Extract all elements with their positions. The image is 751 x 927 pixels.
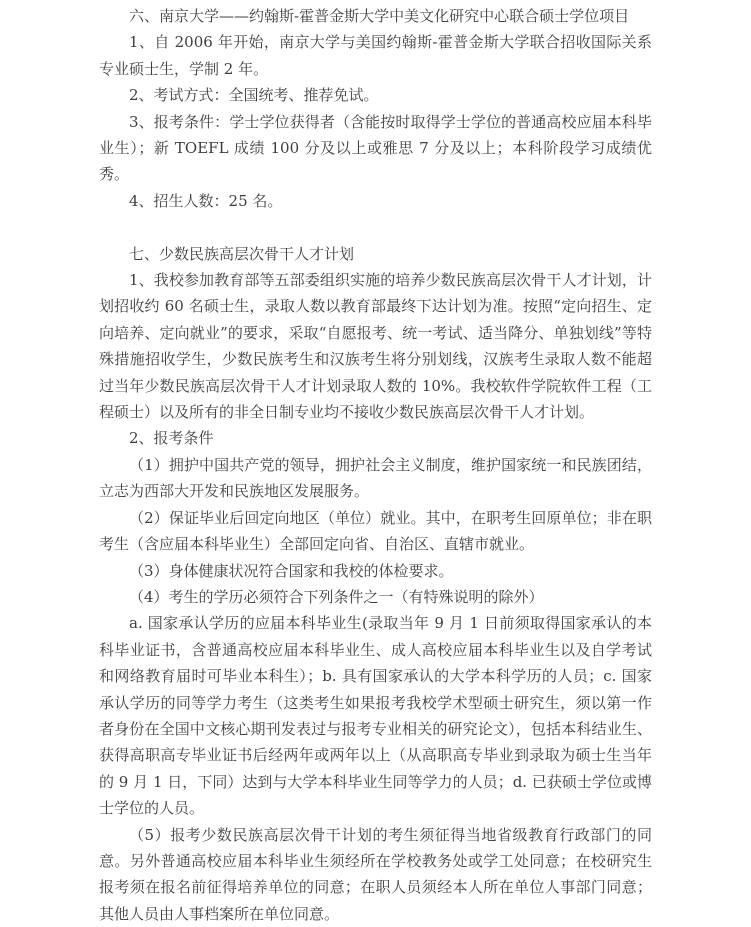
section-nanjing-jhu-program: 六、南京大学——约翰斯-霍普金斯大学中美文化研究中心联合硕士学位项目 1、自 2… [99, 3, 652, 214]
section-heading: 七、少数民族高层次骨干人才计划 [99, 241, 652, 267]
paragraph: （4）考生的学历必须符合下列条件之一（有特殊说明的除外） [99, 584, 652, 610]
paragraph: （3）身体健康状况符合国家和我校的体检要求。 [99, 558, 652, 584]
document-page: 六、南京大学——约翰斯-霍普金斯大学中美文化研究中心联合硕士学位项目 1、自 2… [99, 3, 652, 860]
paragraph: （1）拥护中国共产党的领导，拥护社会主义制度，维护国家统一和民族团结，立志为西部… [99, 452, 652, 505]
paragraph: 2、报考条件 [99, 425, 652, 451]
paragraph: （5）报考少数民族高层次骨干计划的考生须征得当地省级教育行政部门的同意。另外普通… [99, 822, 652, 860]
paragraph: （2）保证毕业后回定向地区（单位）就业。其中，在职考生回原单位；非在职考生（含应… [99, 505, 652, 558]
section-minority-talent-plan: 七、少数民族高层次骨干人才计划 1、我校参加教育部等五部委组织实施的培养少数民族… [99, 241, 652, 860]
paragraph: 2、考试方式：全国统考、推荐免试。 [99, 82, 652, 108]
paragraph: 1、自 2006 年开始，南京大学与美国约翰斯-霍普金斯大学联合招收国际关系专业… [99, 29, 652, 82]
paragraph: 1、我校参加教育部等五部委组织实施的培养少数民族高层次骨干人才计划，计划招收约 … [99, 267, 652, 425]
section-spacer [99, 214, 652, 240]
paragraph: 4、招生人数：25 名。 [99, 188, 652, 214]
section-heading: 六、南京大学——约翰斯-霍普金斯大学中美文化研究中心联合硕士学位项目 [99, 3, 652, 29]
paragraph: a. 国家承认学历的应届本科毕业生(录取当年 9 月 1 日前须取得国家承认的本… [99, 610, 652, 821]
paragraph: 3、报考条件：学士学位获得者（含能按时取得学士学位的普通高校应届本科毕业生）；新… [99, 109, 652, 188]
